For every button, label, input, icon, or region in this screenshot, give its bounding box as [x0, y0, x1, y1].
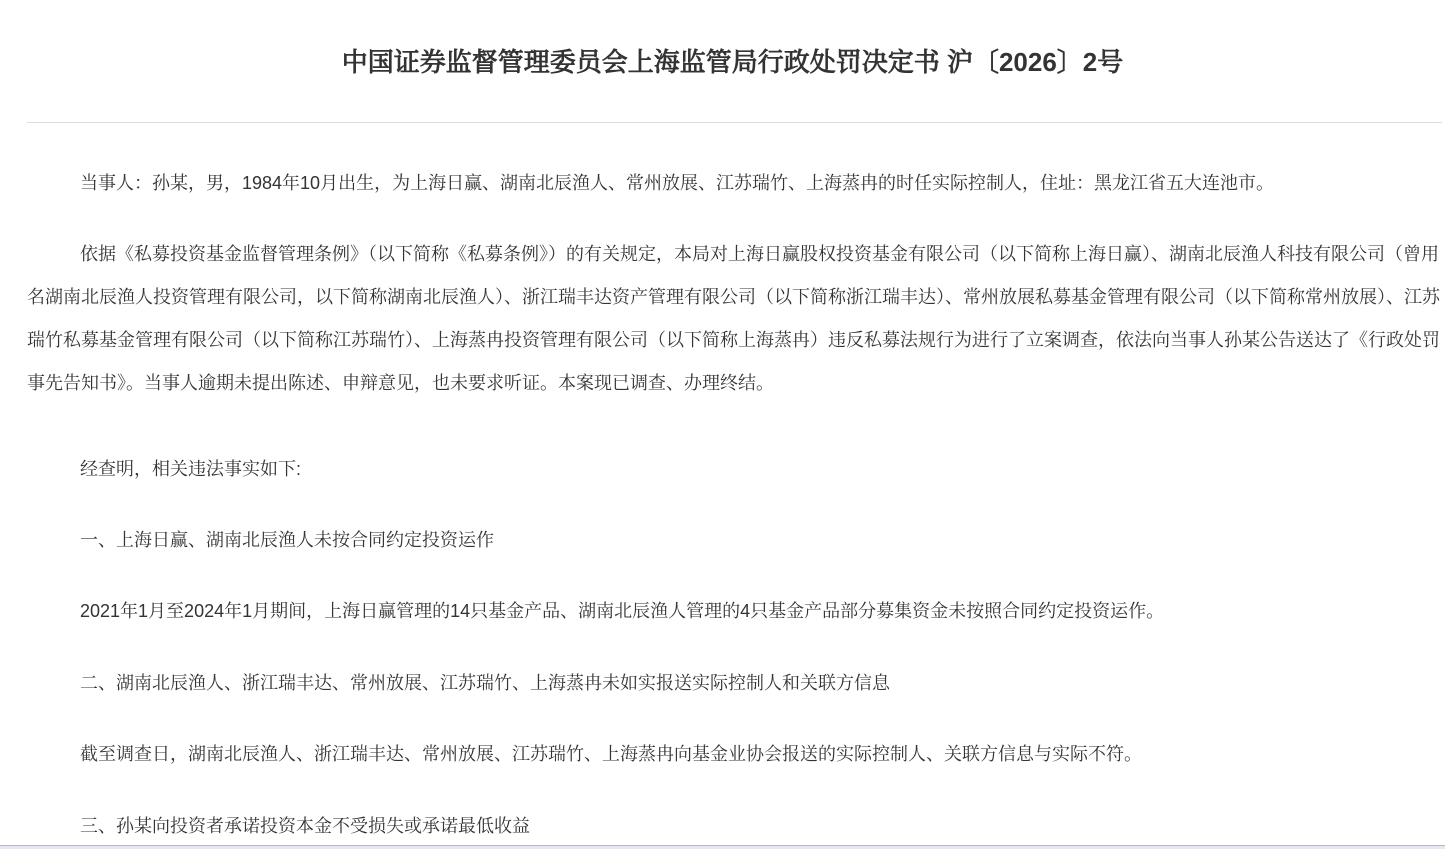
window-bottom-edge: [0, 845, 1445, 849]
legal-basis-paragraph: 依据《私募投资基金监督管理条例》（以下简称《私募条例》）的有关规定，本局对上海日…: [27, 233, 1445, 405]
findings-intro-paragraph: 经查明，相关违法事实如下:: [27, 448, 1445, 491]
section-heading-3: 三、孙某向投资者承诺投资本金不受损失或承诺最低收益: [27, 805, 1445, 848]
document-title: 中国证券监督管理委员会上海监管局行政处罚决定书 沪〔2026〕2号: [0, 44, 1445, 80]
party-info-paragraph: 当事人：孙某，男，1984年10月出生，为上海日赢、湖南北辰渔人、常州放展、江苏…: [27, 162, 1445, 205]
section-1-paragraph: 2021年1月至2024年1月期间，上海日赢管理的14只基金产品、湖南北辰渔人管…: [27, 590, 1445, 633]
section-heading-2: 二、湖南北辰渔人、浙江瑞丰达、常州放展、江苏瑞竹、上海蒸冉未如实报送实际控制人和…: [27, 662, 1445, 705]
document-page: 中国证券监督管理委员会上海监管局行政处罚决定书 沪〔2026〕2号 当事人：孙某…: [0, 0, 1445, 845]
section-heading-1: 一、上海日赢、湖南北辰渔人未按合同约定投资运作: [27, 519, 1445, 562]
title-separator: [27, 122, 1442, 123]
section-2-paragraph: 截至调查日，湖南北辰渔人、浙江瑞丰达、常州放展、江苏瑞竹、上海蒸冉向基金业协会报…: [27, 733, 1445, 776]
